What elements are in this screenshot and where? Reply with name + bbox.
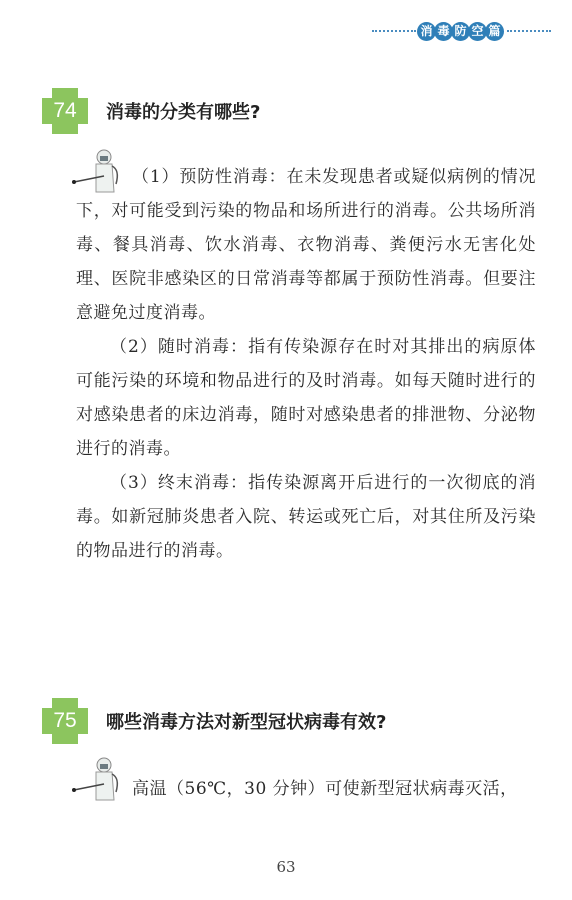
answer-text-75: 高温（56℃，30 分钟）可使新型冠状病毒灭活， [76,772,536,806]
question-heading-75: 75 哪些消毒方法对新型冠状病毒有效? [42,698,386,744]
dotted-line-right [507,30,551,32]
question-number: 74 [42,88,88,134]
section-header: 消 毒 防 空 篇 [369,20,554,42]
paragraph-1: （1）预防性消毒：在未发现患者或疑似病例的情况下，对可能受到污染的物品和场所进行… [76,160,536,330]
dotted-line-left [372,30,416,32]
paragraph-3: （3）终末消毒：指传染源离开后进行的一次彻底的消毒。如新冠肺炎患者入院、转运或死… [76,466,536,568]
green-cross-icon: 75 [42,698,88,744]
answer-text-74: （1）预防性消毒：在未发现患者或疑似病例的情况下，对可能受到污染的物品和场所进行… [76,160,536,568]
page-number: 63 [0,858,572,876]
badge-char: 篇 [485,22,504,41]
paragraph-1: 高温（56℃，30 分钟）可使新型冠状病毒灭活， [76,772,536,806]
paragraph-2: （2）随时消毒：指有传染源存在时对其排出的病原体可能污染的环境和物品进行的及时消… [76,330,536,466]
question-title: 哪些消毒方法对新型冠状病毒有效? [106,708,386,734]
green-cross-icon: 74 [42,88,88,134]
paragraph-lead: （1）预防性消毒： [132,167,286,187]
question-number: 75 [42,698,88,744]
section-badge: 消 毒 防 空 篇 [419,22,504,41]
question-title: 消毒的分类有哪些? [106,98,260,124]
paragraph-lead: （3）终末消毒： [110,473,248,493]
paragraph-body: 在未发现患者或疑似病例的情况下，对可能受到污染的物品和场所进行的消毒。公共场所消… [76,167,536,323]
paragraph-lead: （2）随时消毒： [110,337,248,357]
paragraph-body: 高温（56℃，30 分钟）可使新型冠状病毒灭活， [132,779,518,799]
question-heading-74: 74 消毒的分类有哪些? [42,88,260,134]
